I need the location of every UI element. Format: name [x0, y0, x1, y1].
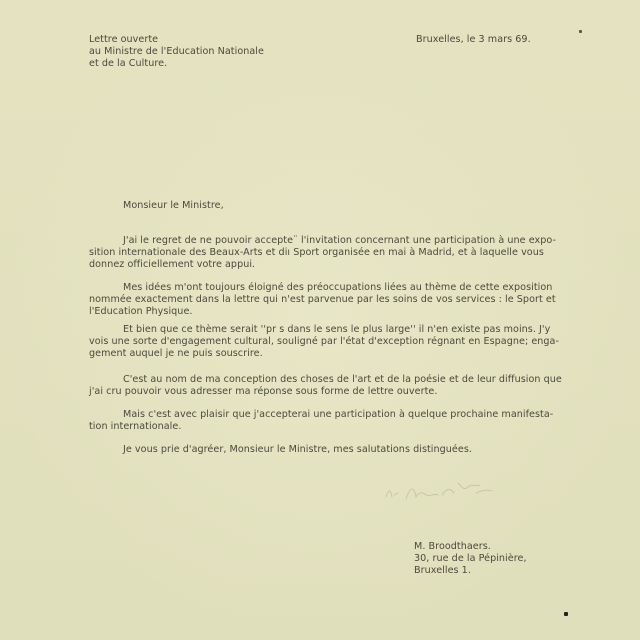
paragraph-line: donnez officiellement votre appui.	[89, 259, 559, 271]
addressee-line: au Ministre de l'Education Nationale	[89, 46, 264, 58]
paragraph-line: sition internationale des Beaux-Arts et …	[89, 247, 559, 259]
paragraph-2: Mes idées m'ont toujours éloigné des pré…	[89, 282, 559, 318]
paragraph-line: Mais c'est avec plaisir que j'accepterai…	[89, 409, 559, 421]
paragraph-line: Je vous prie d'agréer, Monsieur le Minis…	[89, 444, 559, 456]
paragraph-line: j'ai cru pouvoir vous adresser ma répons…	[89, 386, 559, 398]
paragraph-line: Et bien que ce thème serait ''pr s dans …	[89, 324, 559, 336]
paragraph-line: gement auquel je ne puis souscrire.	[89, 348, 559, 360]
sender-block: M. Broodthaers. 30, rue de la Pépinière,…	[414, 541, 527, 577]
addressee-line: Lettre ouverte	[89, 34, 264, 46]
paragraph-line: tion internationale.	[89, 421, 559, 433]
date-line: Bruxelles, le 3 mars 69.	[416, 34, 531, 46]
paragraph-line: Mes idées m'ont toujours éloigné des pré…	[89, 282, 559, 294]
paragraph-line: C'est au nom de ma conception des choses…	[89, 374, 559, 386]
paragraph-line: l'Education Physique.	[89, 306, 559, 318]
paragraph-line: nommée exactement dans la lettre qui n'e…	[89, 294, 559, 306]
paragraph-4: C'est au nom de ma conception des choses…	[89, 374, 559, 398]
paragraph-1: J'ai le regret de ne pouvoir accepte¨ l'…	[89, 235, 559, 271]
sender-street: 30, rue de la Pépinière,	[414, 553, 527, 565]
closing-paragraph: Je vous prie d'agréer, Monsieur le Minis…	[89, 444, 559, 456]
paragraph-3: Et bien que ce thème serait ''pr s dans …	[89, 324, 559, 360]
letter-page: Lettre ouverte au Ministre de l'Educatio…	[0, 0, 640, 640]
signature-icon	[380, 473, 500, 505]
paragraph-line: vois une sorte d'engagement cultural, so…	[89, 336, 559, 348]
addressee-line: et de la Culture.	[89, 58, 264, 70]
paper-speck	[579, 30, 582, 33]
salutation: Monsieur le Ministre,	[123, 200, 224, 212]
sender-name: M. Broodthaers.	[414, 541, 527, 553]
paragraph-line: J'ai le regret de ne pouvoir accepte¨ l'…	[89, 235, 559, 247]
addressee-block: Lettre ouverte au Ministre de l'Educatio…	[89, 34, 264, 70]
paper-speck	[564, 612, 568, 616]
sender-city: Bruxelles 1.	[414, 565, 527, 577]
paragraph-5: Mais c'est avec plaisir que j'accepterai…	[89, 409, 559, 433]
